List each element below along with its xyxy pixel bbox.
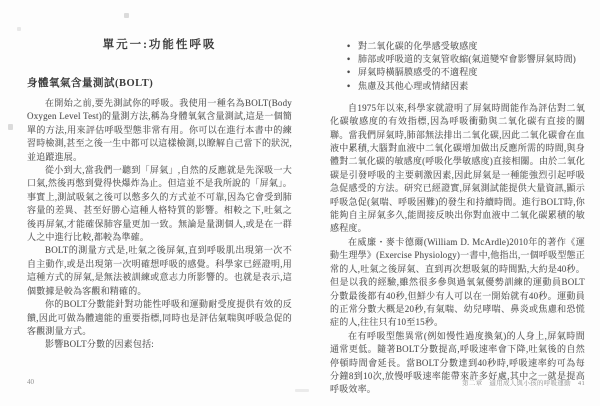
right-page: • 對二氧化碳的化學感受敏感度 • 肺部或呼吸道的支氣管收縮(氣道變窄會影響屏氣…	[300, 0, 600, 406]
bullet-icon: •	[347, 53, 358, 66]
left-page: 單元一:功能性呼吸 身體氧氣含量測試(BOLT) 在開始之前,要先測試你的呼吸。…	[0, 0, 300, 406]
page-number-right: 41	[578, 380, 585, 387]
list-item-label: 肺部或呼吸道的支氣管收縮(氣道變窄會影響屏氣時間)	[358, 53, 576, 66]
list-item-label: 屏氣時橫膈膜感受的不適程度	[358, 66, 478, 79]
scan-artifact	[124, 13, 129, 18]
list-item-co2-sensitivity: • 對二氧化碳的化學感受敏感度	[347, 40, 585, 53]
paragraph-breath-hold: 從小到大,當我們一聽到「屏氣」,自然的反應就是先深吸一大口氣,然後再憋到覺得快爆…	[27, 164, 292, 244]
paragraph-measurement: BOLT的測量方式是,吐氣之後屏氣,直到呼吸肌出現第一次不自主動作,或是出現第一…	[27, 244, 292, 298]
bullet-icon: •	[347, 80, 358, 93]
paragraph-1975-research: 自1975年以來,科學家就證明了屏氣時間能作為評估對二氧化碳敏感度的有效指標,因…	[330, 102, 585, 236]
list-item-diaphragm-discomfort: • 屏氣時橫膈膜感受的不適程度	[347, 66, 585, 79]
list-item-label: 對二氧化碳的化學感受敏感度	[358, 40, 478, 53]
page-footer: 第二章 適用成人與小孩的呼吸運動 41	[457, 378, 585, 387]
list-item-bronchoconstriction: • 肺部或呼吸道的支氣管收縮(氣道變窄會影響屏氣時間)	[347, 53, 585, 66]
list-item-label: 焦慮及其他心理或情緒因素	[358, 80, 468, 93]
paragraph-feedback: 你的BOLT分數能針對功能性呼吸和運動耐受度提供有效的反饋,因此可做為體適能的重…	[27, 298, 292, 338]
scan-artifact	[17, 27, 21, 31]
unit-title: 單元一:功能性呼吸	[27, 36, 292, 52]
bullet-icon: •	[347, 66, 358, 79]
scan-artifact	[8, 124, 13, 130]
list-item-anxiety: • 焦慮及其他心理或情緒因素	[347, 80, 585, 93]
scan-artifact	[295, 389, 309, 392]
bolt-factors-list: • 對二氧化碳的化學感受敏感度 • 肺部或呼吸道的支氣管收縮(氣道變窄會影響屏氣…	[347, 40, 585, 93]
book-spread: 單元一:功能性呼吸 身體氧氣含量測試(BOLT) 在開始之前,要先測試你的呼吸。…	[0, 0, 600, 406]
paragraph-intro: 在開始之前,要先測試你的呼吸。我使用一種名為BOLT(Body Oxygen L…	[27, 97, 292, 164]
footer-chapter: 第二章	[462, 380, 482, 387]
footer-section-title: 適用成人與小孩的呼吸運動	[489, 380, 571, 387]
paragraph-mcardle: 在威廉・麥卡德爾(William D. McArdle)2010年的著作《運動生…	[330, 236, 585, 330]
section-heading: 身體氧氣含量測試(BOLT)	[27, 75, 292, 90]
page-number-left: 40	[27, 378, 34, 386]
paragraph-factors-lead: 影響BOLT分數的因素包括:	[27, 338, 292, 351]
bullet-icon: •	[347, 40, 358, 53]
